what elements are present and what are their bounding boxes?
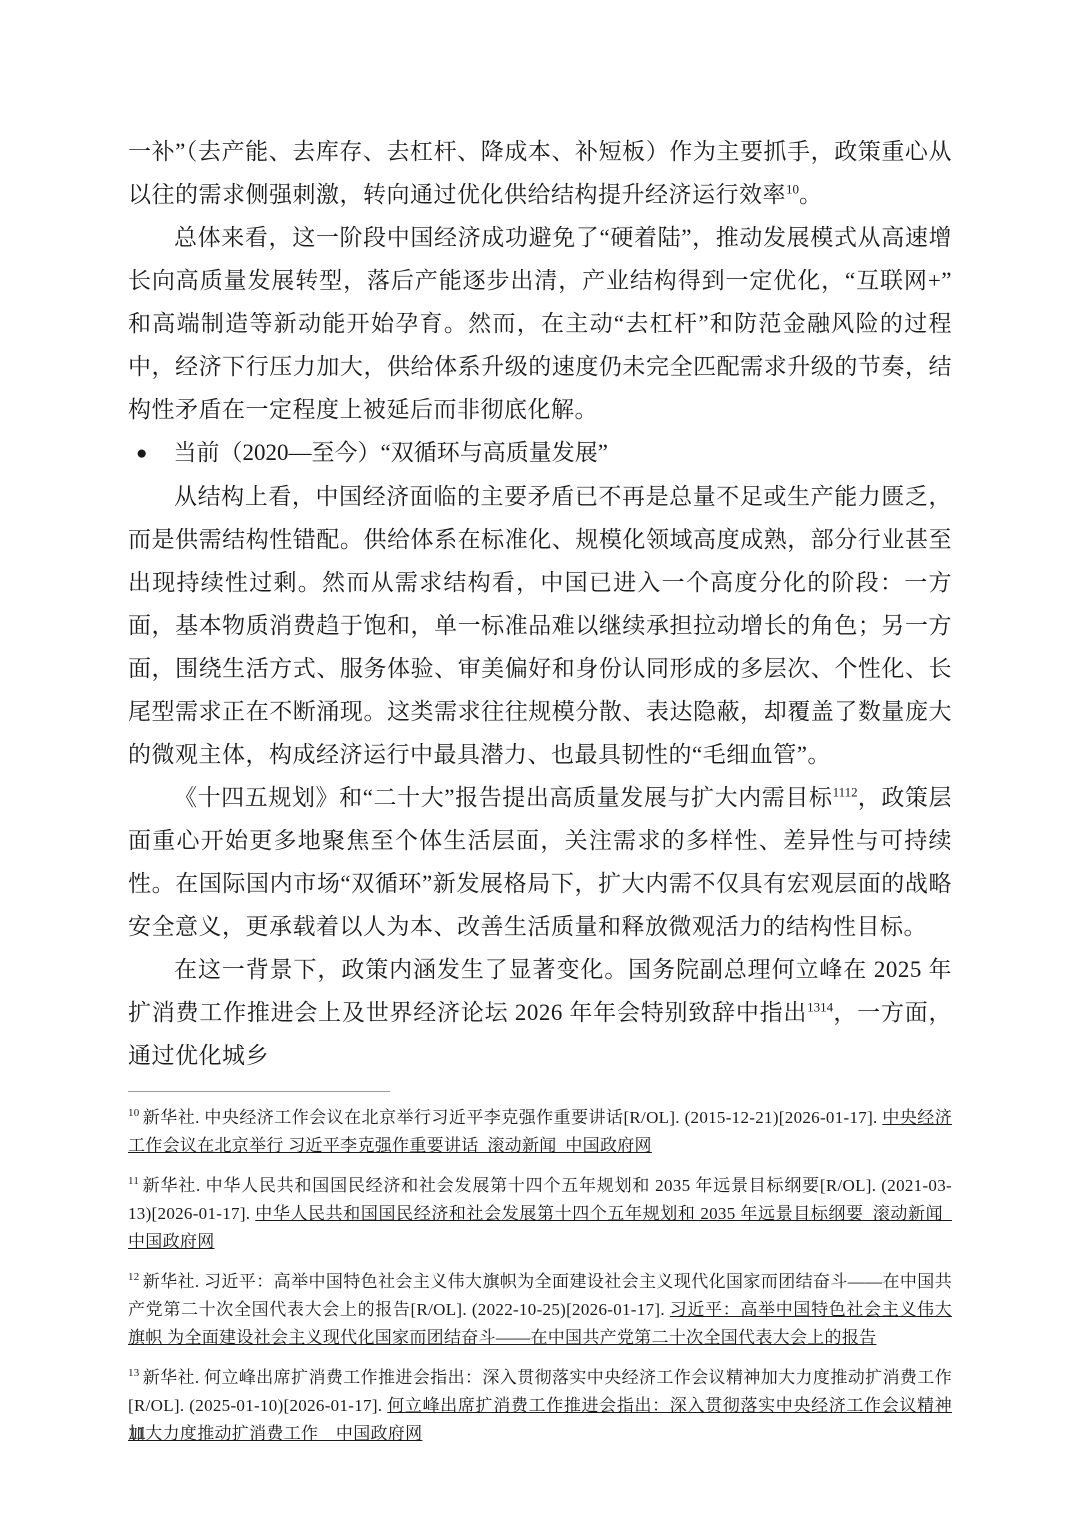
footnote-marker: 12: [128, 1271, 140, 1283]
footnote-marker: 11: [128, 1175, 139, 1187]
paragraph-text: 一补”（去产能、去库存、去杠杆、降成本、补短板）作为主要抓手，政策重心从以往的需…: [128, 139, 952, 207]
bullet-text: 当前（2020—至今）“双循环与高质量发展”: [173, 440, 607, 465]
footnote-10: 10新华社. 中央经济工作会议在北京举行习近平李克强作重要讲话[R/OL]. (…: [128, 1104, 952, 1160]
footnote-ref-11-12: 1112: [833, 784, 858, 799]
paragraph: 《十四五规划》和“二十大”报告提出高质量发展与扩大内需目标1112，政策层面重心…: [128, 776, 952, 948]
paragraph-text: 《十四五规划》和“二十大”报告提出高质量发展与扩大内需目标: [174, 785, 833, 810]
footnote-ref-10: 10: [786, 181, 799, 196]
footnote-12: 12新华社. 习近平：高举中国特色社会主义伟大旗帜为全面建设社会主义现代化国家而…: [128, 1268, 952, 1352]
footnote-separator: [128, 1091, 390, 1092]
page-number: 11: [128, 1424, 146, 1444]
paragraph-continuation: 一补”（去产能、去库存、去杠杆、降成本、补短板）作为主要抓手，政策重心从以往的需…: [128, 130, 952, 216]
footnote-ref-13-14: 1314: [807, 999, 833, 1014]
footnote-marker: 13: [128, 1367, 140, 1379]
page-content: 一补”（去产能、去库存、去杠杆、降成本、补短板）作为主要抓手，政策重心从以往的需…: [128, 130, 952, 1448]
footnote-11: 11新华社. 中华人民共和国国民经济和社会发展第十四个五年规划和 2035 年远…: [128, 1172, 952, 1256]
paragraph-text: 。: [799, 182, 823, 207]
footnote-marker: 10: [128, 1107, 140, 1119]
bullet-item: ●当前（2020—至今）“双循环与高质量发展”: [128, 431, 952, 475]
paragraph: 总体来看，这一阶段中国经济成功避免了“硬着陆”，推动发展模式从高速增长向高质量发…: [128, 216, 952, 431]
paragraph-text: 在这一背景下，政策内涵发生了显著变化。国务院副总理何立峰在 2025 年扩消费工…: [128, 957, 952, 1025]
paragraph: 在这一背景下，政策内涵发生了显著变化。国务院副总理何立峰在 2025 年扩消费工…: [128, 948, 952, 1077]
paragraph: 从结构上看，中国经济面临的主要矛盾已不再是总量不足或生产能力匮乏，而是供需结构性…: [128, 475, 952, 776]
bullet-icon: ●: [136, 432, 147, 475]
footnote-13: 13新华社. 何立峰出席扩消费工作推进会指出：深入贯彻落实中央经济工作会议精神加…: [128, 1364, 952, 1448]
footnote-text: 新华社. 中央经济工作会议在北京举行习近平李克强作重要讲话[R/OL]. (20…: [143, 1108, 883, 1127]
document-page: 一补”（去产能、去库存、去杠杆、降成本、补短板）作为主要抓手，政策重心从以往的需…: [0, 0, 1080, 1527]
